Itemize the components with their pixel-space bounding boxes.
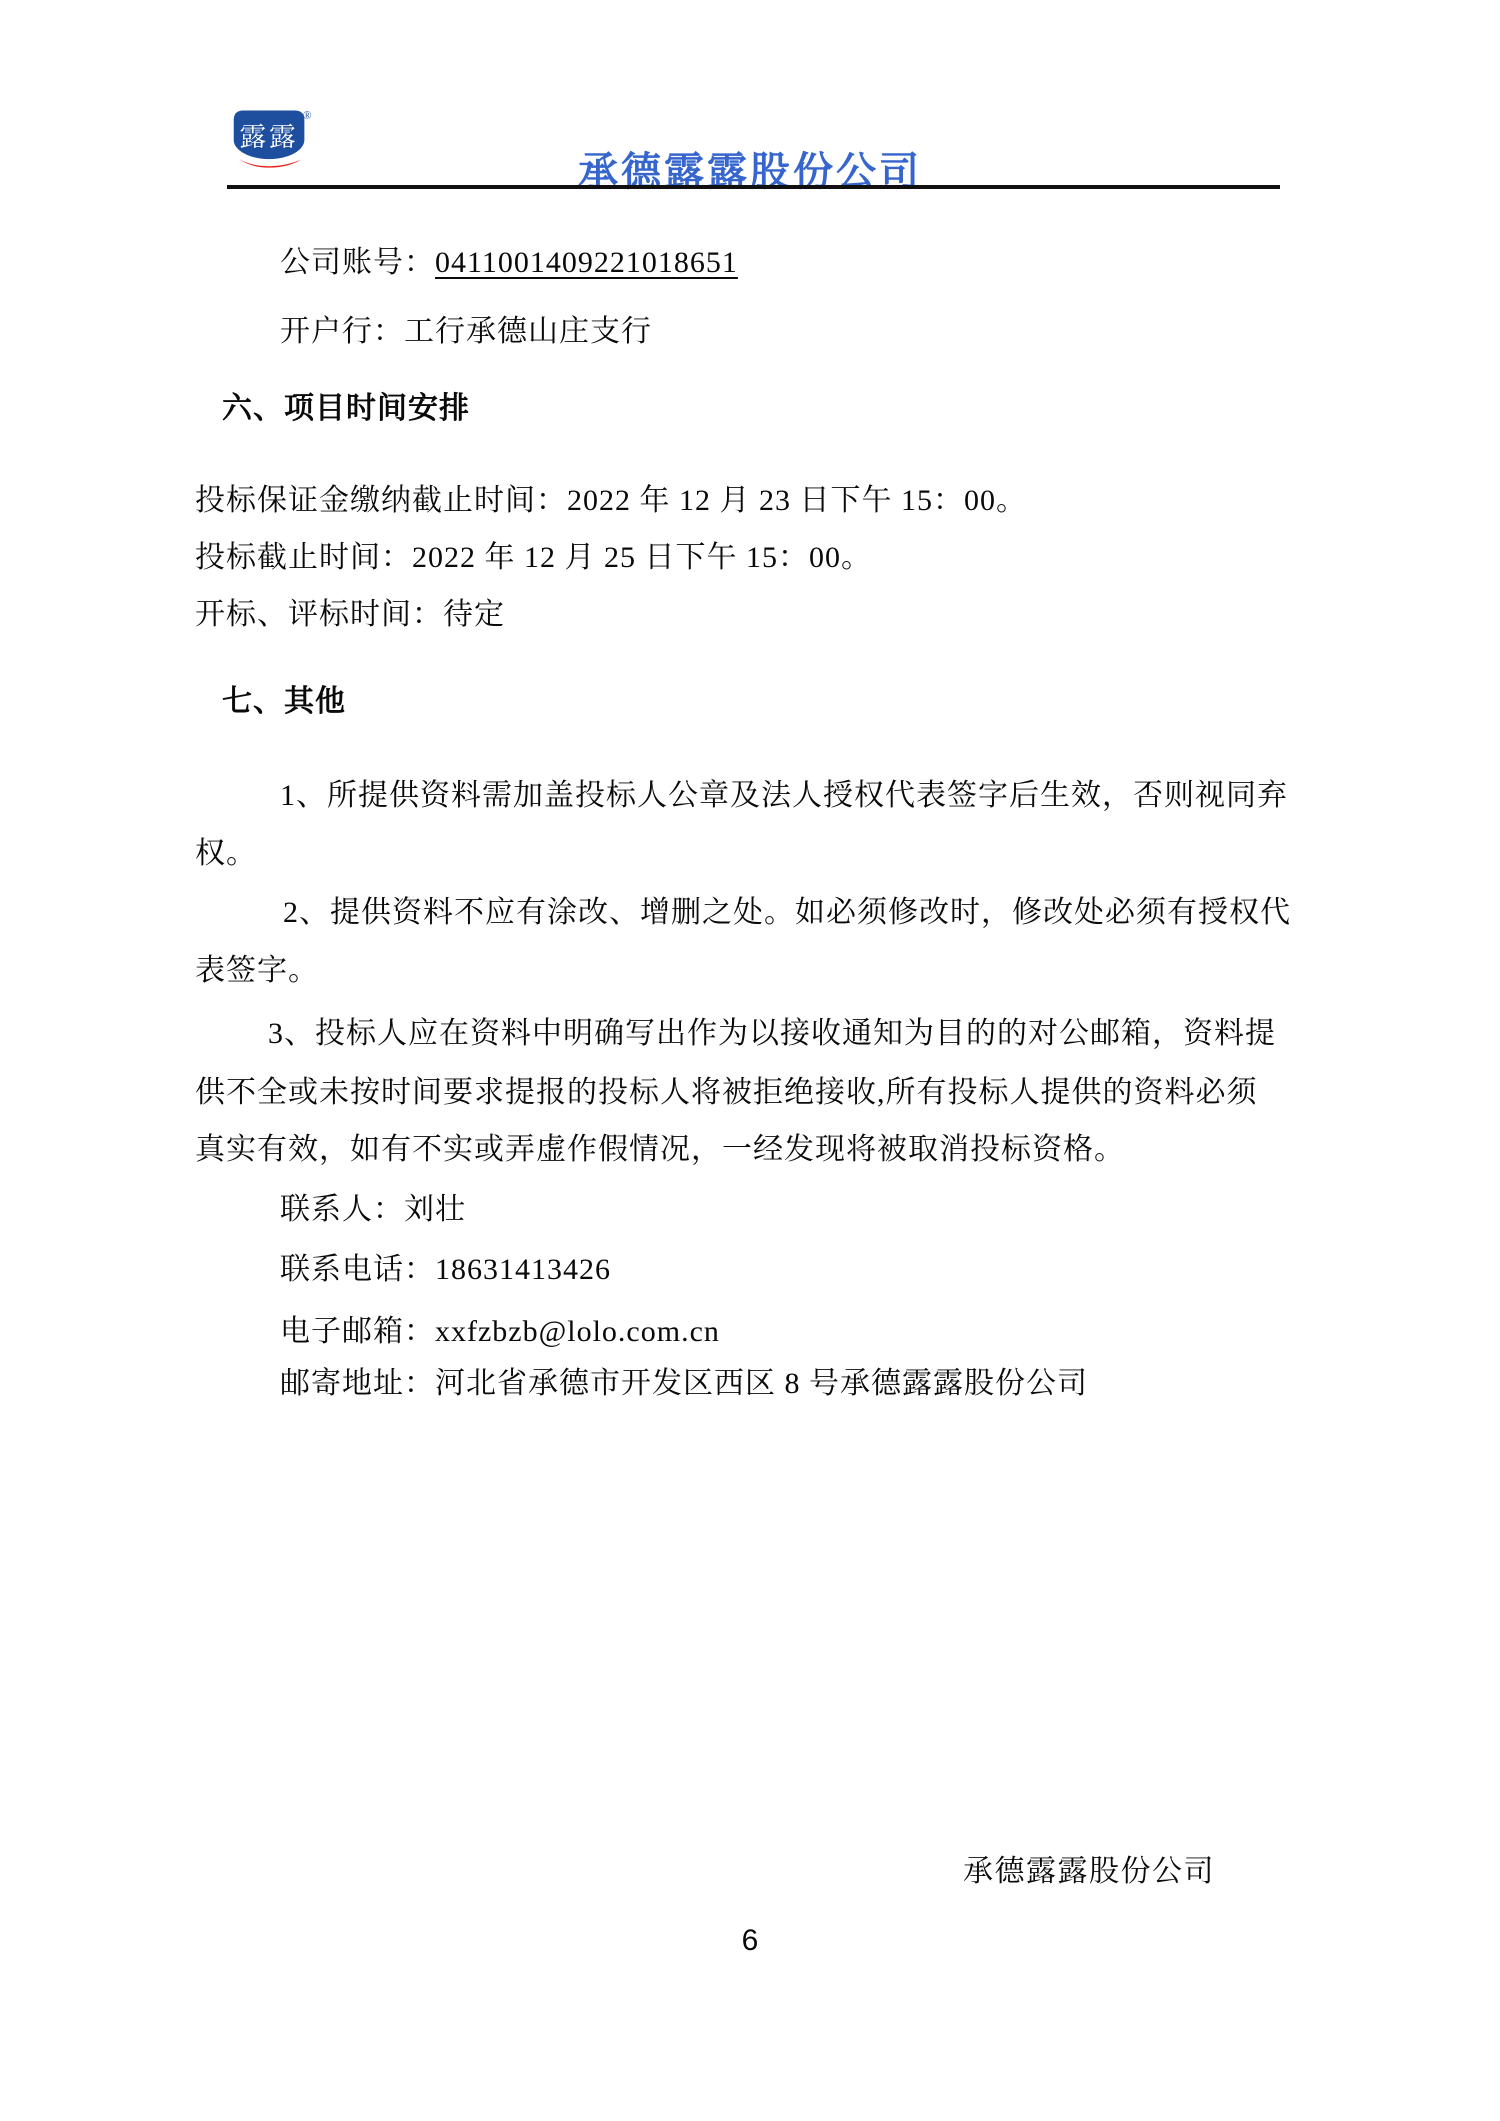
contact-email-line: 电子邮箱：xxfzbzb@lolo.com.cn — [280, 1315, 720, 1349]
signature-company-name: 承德露露股份公司 — [963, 1846, 1215, 1890]
logo-registered-icon: ® — [303, 110, 312, 122]
deposit-deadline-line: 投标保证金缴纳截止时间：2022 年 12 月 23 日下午 15：00。 — [195, 484, 1027, 518]
contact-address-line: 邮寄地址：河北省承德市开发区西区 8 号承德露露股份公司 — [280, 1367, 1088, 1401]
contact-person-line: 联系人：刘壮 — [280, 1193, 466, 1227]
contact-phone-line: 联系电话：18631413426 — [280, 1253, 611, 1287]
account-number-line: 公司账号：0411001409221018651 — [280, 246, 738, 280]
bank-value: 工行承德山庄支行 — [404, 315, 652, 348]
section-7-heading: 七、其他 — [222, 685, 346, 719]
document-page: 露露 ® 承德露露股份公司 公司账号：0411001409221018651 开… — [0, 0, 1500, 2121]
item2-line1: 2、提供资料不应有涂改、增删之处。如必须修改时，修改处必须有授权代 — [283, 896, 1291, 930]
opening-time-line: 开标、评标时间：待定 — [195, 598, 505, 632]
bank-line: 开户行：工行承德山庄支行 — [280, 315, 652, 349]
item1-line2: 权。 — [195, 837, 257, 871]
item2-line2: 表签字。 — [195, 954, 319, 988]
item3-line2: 供不全或未按时间要求提报的投标人将被拒绝接收,所有投标人提供的资料必须 — [195, 1076, 1258, 1110]
bank-label: 开户行： — [280, 315, 404, 348]
header-divider — [227, 185, 1280, 189]
item1-line1: 1、所提供资料需加盖投标人公章及法人授权代表签字后生效，否则视同弃 — [280, 779, 1288, 813]
account-number-value: 0411001409221018651 — [435, 246, 738, 279]
page-number: 6 — [0, 1924, 1500, 1958]
bid-deadline-line: 投标截止时间：2022 年 12 月 25 日下午 15：00。 — [195, 541, 872, 575]
item3-line1: 3、投标人应在资料中明确写出作为以接收通知为目的的对公邮箱，资料提 — [268, 1017, 1276, 1051]
account-number-label: 公司账号： — [280, 246, 435, 279]
item3-line3: 真实有效，如有不实或弄虚作假情况，一经发现将被取消投标资格。 — [195, 1133, 1125, 1167]
section-6-heading: 六、项目时间安排 — [222, 392, 470, 426]
